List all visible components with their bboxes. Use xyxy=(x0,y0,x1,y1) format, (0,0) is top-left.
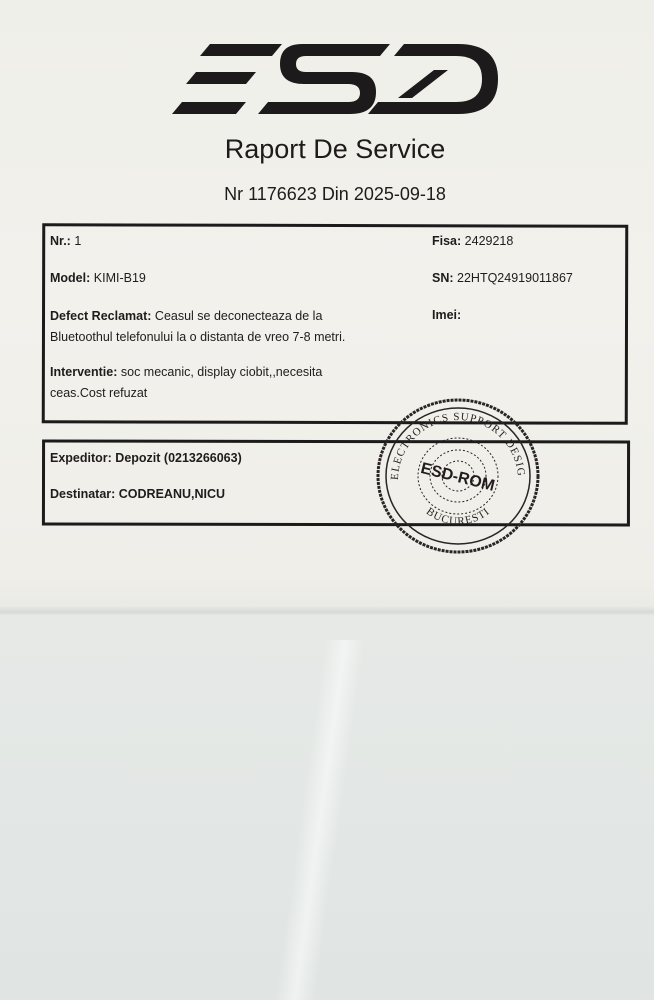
fisa-label: Fisa: xyxy=(432,234,461,248)
nr-label: Nr.: xyxy=(50,234,71,248)
company-stamp-icon: ELECTRONICS SUPPORT DESIGN S.R.L. BUCURE… xyxy=(372,394,544,558)
field-imei: Imei: xyxy=(432,305,461,326)
page-title: Raport De Service xyxy=(0,134,654,165)
svg-text:BUCURESTI: BUCURESTI xyxy=(424,505,492,527)
destinatar-value: CODREANU,NICU xyxy=(119,487,225,501)
model-label: Model: xyxy=(50,271,90,285)
defect-label: Defect Reclamat: xyxy=(50,309,151,323)
expeditor-label: Expeditor: xyxy=(50,451,112,465)
field-nr: Nr.: 1 xyxy=(50,231,81,252)
paper-fold xyxy=(0,606,654,616)
svg-text:ESD-ROM: ESD-ROM xyxy=(419,460,496,495)
paper-crease xyxy=(275,640,366,1000)
report-number: Nr 1176623 Din 2025-09-18 xyxy=(0,184,654,205)
defect-value-line1: Ceasul se deconecteaza de la xyxy=(155,309,322,323)
field-defect: Defect Reclamat: Ceasul se deconecteaza … xyxy=(50,306,345,348)
field-expeditor: Expeditor: Depozit (0213266063) xyxy=(50,448,242,469)
interventie-value-line2: ceas.Cost refuzat xyxy=(50,386,147,400)
fisa-value: 2429218 xyxy=(465,234,514,248)
field-sn: SN: 22HTQ24919011867 xyxy=(432,268,573,289)
esd-logo-icon xyxy=(172,40,502,118)
sn-label: SN: xyxy=(432,271,454,285)
destinatar-label: Destinatar: xyxy=(50,487,115,501)
field-destinatar: Destinatar: CODREANU,NICU xyxy=(50,484,225,505)
field-fisa: Fisa: 2429218 xyxy=(432,231,513,252)
interventie-value-line1: soc mecanic, display ciobit,,necesita xyxy=(121,365,322,379)
imei-label: Imei: xyxy=(432,308,461,322)
field-interventie: Interventie: soc mecanic, display ciobit… xyxy=(50,362,322,404)
sn-value: 22HTQ24919011867 xyxy=(457,271,573,285)
field-model: Model: KIMI-B19 xyxy=(50,268,146,289)
expeditor-value: Depozit (0213266063) xyxy=(115,451,241,465)
interventie-label: Interventie: xyxy=(50,365,117,379)
model-value: KIMI-B19 xyxy=(94,271,146,285)
nr-value: 1 xyxy=(74,234,81,248)
defect-value-line2: Bluetoothul telefonului la o distanta de… xyxy=(50,330,345,344)
